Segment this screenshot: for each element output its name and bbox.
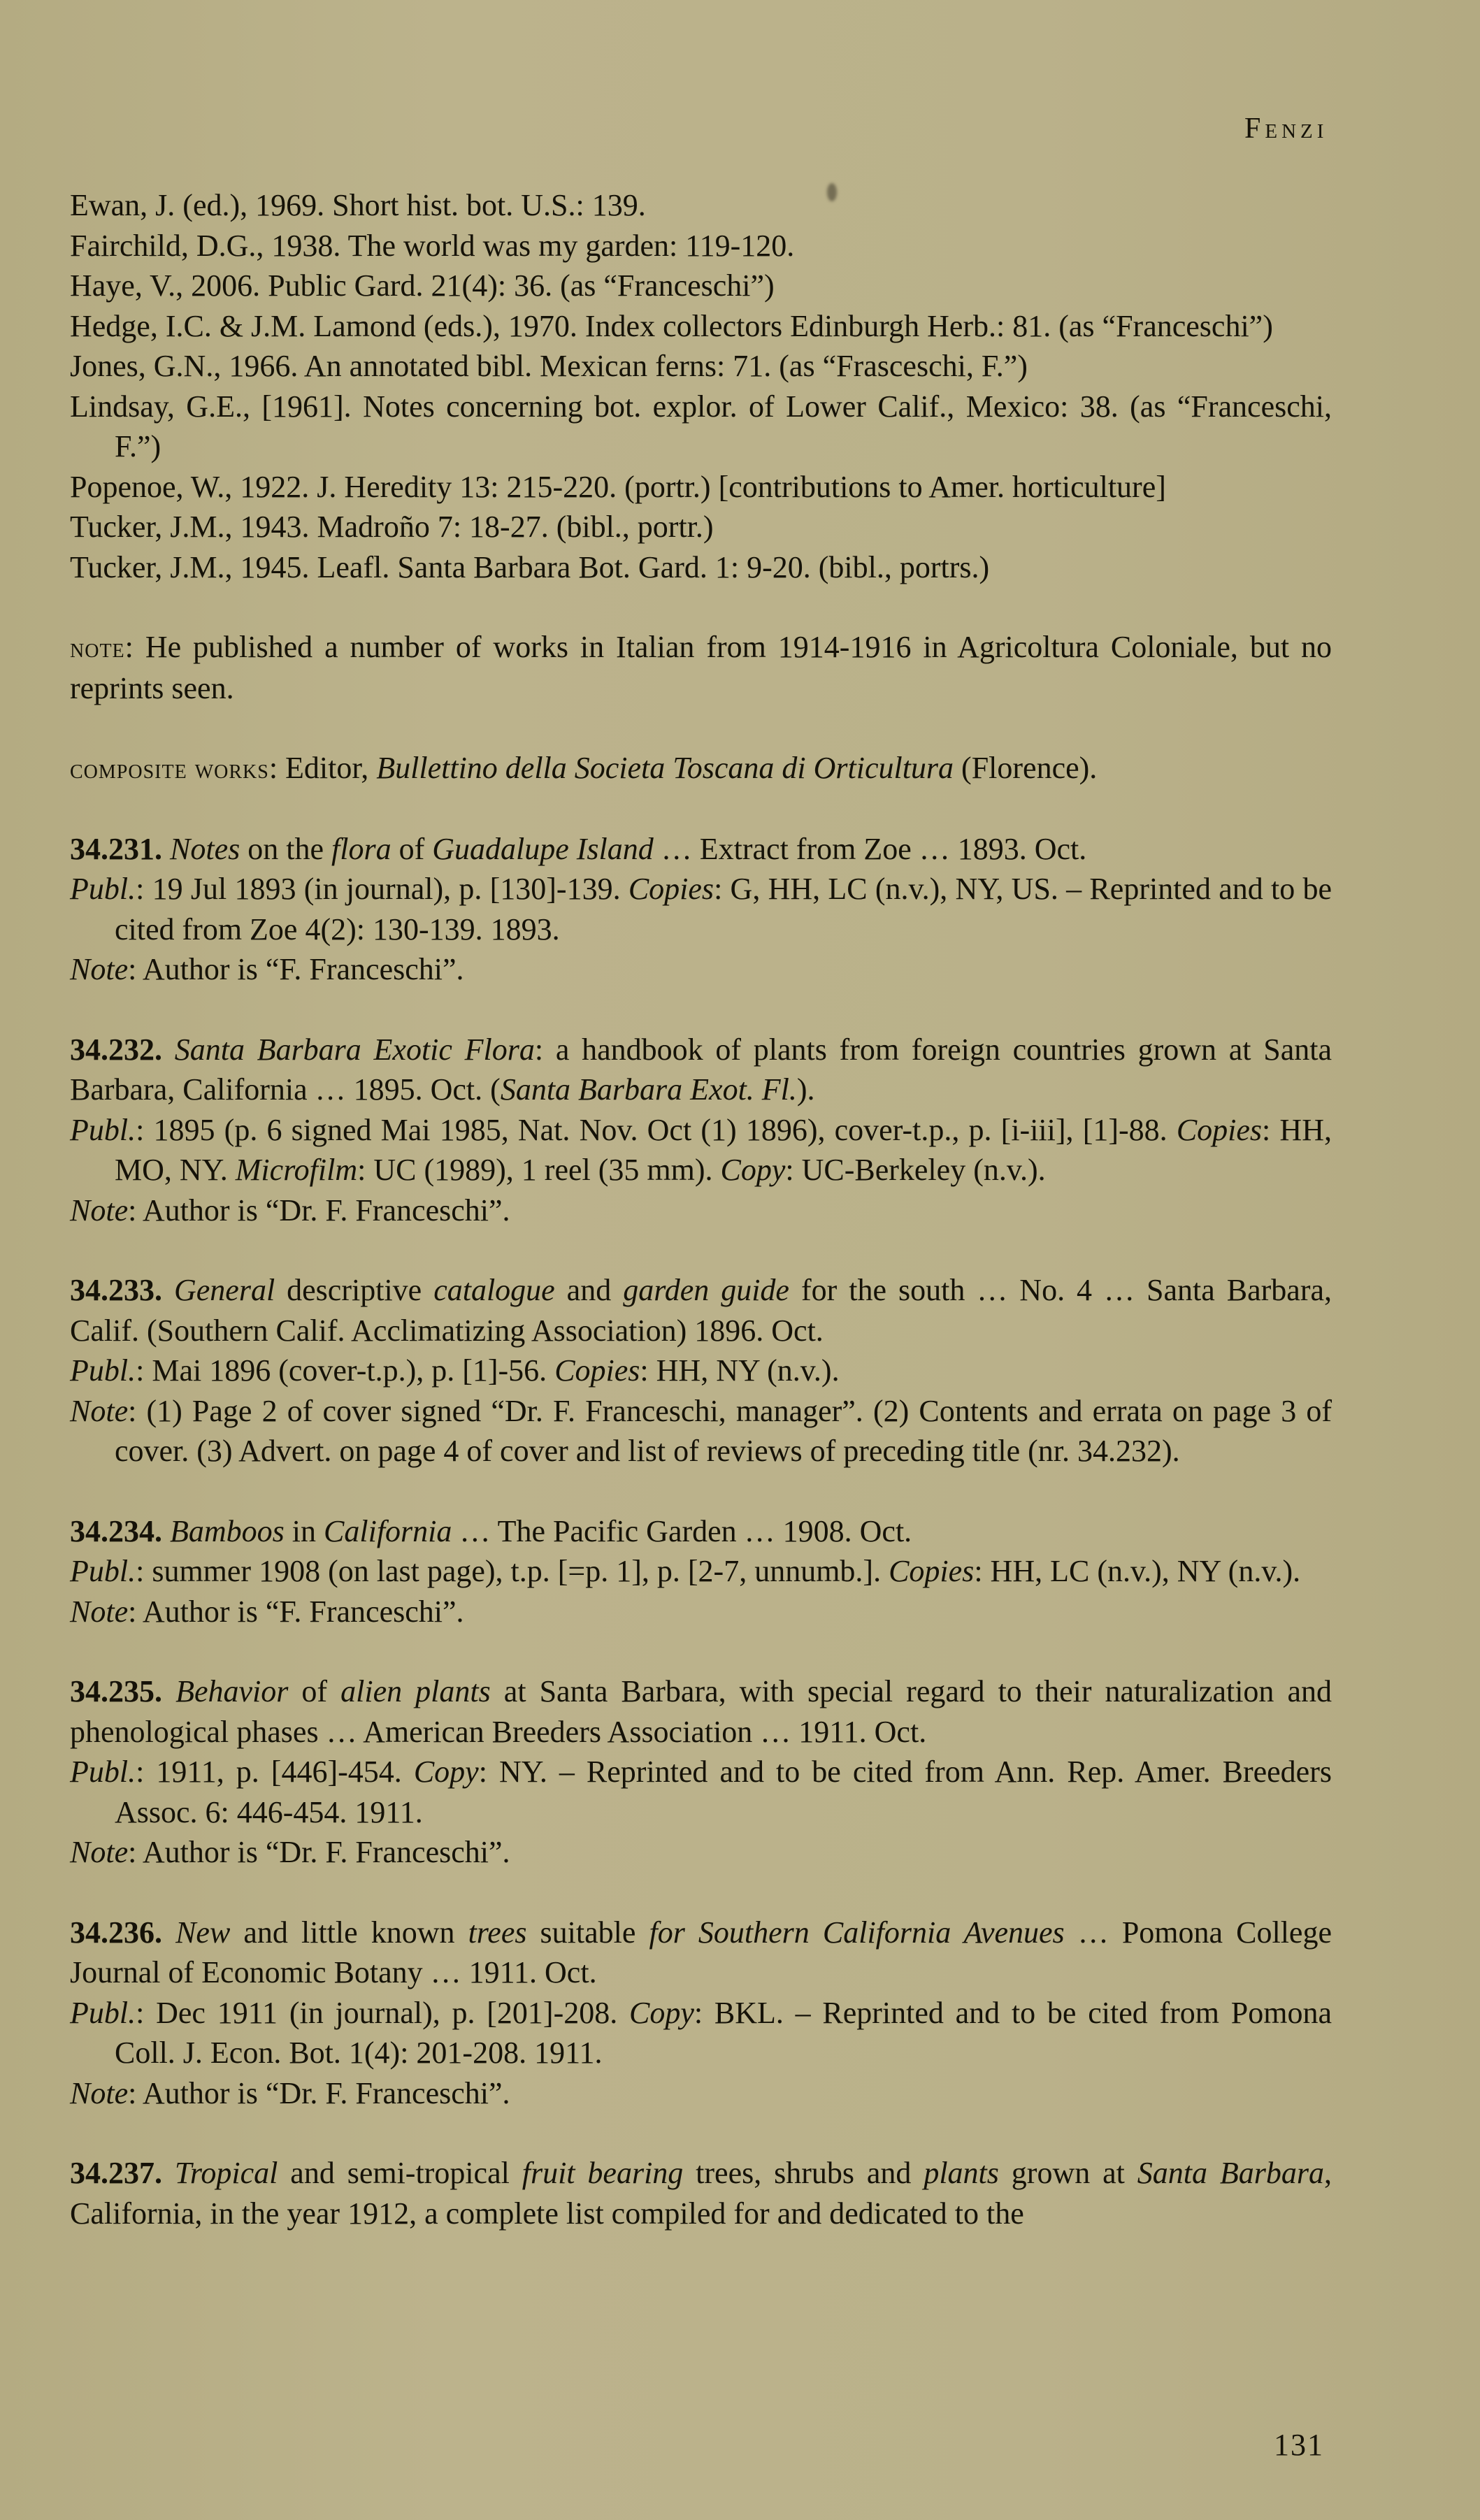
- entry-number: 34.236.: [70, 1915, 162, 1950]
- entry-title: 34.237. Tropical and semi-tropical fruit…: [70, 2153, 1332, 2233]
- entry-title-part: Notes: [170, 832, 240, 866]
- note-label: Note: [70, 1394, 128, 1428]
- entry-number: 34.234.: [70, 1514, 162, 1548]
- page-number: 131: [1274, 2427, 1324, 2463]
- publ-label: Publ.: [70, 1353, 136, 1388]
- composite-works-suffix: (Florence).: [954, 751, 1097, 785]
- entry-title-part: and semi-tropical: [278, 2156, 522, 2190]
- entry-publication: Publ.: Dec 1911 (in journal), p. [201]-2…: [70, 1993, 1332, 2073]
- entry-title: 34.236. New and little known trees suita…: [70, 1913, 1332, 1993]
- entry-title-part: descriptive: [275, 1273, 433, 1307]
- note-paragraph: note: He published a number of works in …: [70, 627, 1332, 708]
- entry-title-part: grown at: [999, 2156, 1137, 2190]
- entry: 34.237. Tropical and semi-tropical fruit…: [70, 2153, 1332, 2233]
- entry-publication: Publ.: 1895 (p. 6 signed Mai 1985, Nat. …: [70, 1110, 1332, 1190]
- document-page: Fenzi Ewan, J. (ed.), 1969. Short hist. …: [0, 0, 1480, 2520]
- entry-note: Note: Author is “Dr. F. Franceschi”.: [70, 1190, 1332, 1231]
- composite-works-title: Bullettino della Societa Toscana di Orti…: [376, 751, 954, 785]
- entry-publication: Publ.: 19 Jul 1893 (in journal), p. [130…: [70, 869, 1332, 949]
- entry-title-part: garden guide: [623, 1273, 789, 1307]
- entry: 34.234. Bamboos in California … The Paci…: [70, 1511, 1332, 1632]
- entry-note: Note: Author is “F. Franceschi”.: [70, 949, 1332, 990]
- entry-title-part: catalogue: [433, 1273, 555, 1307]
- page-content: Ewan, J. (ed.), 1969. Short hist. bot. U…: [70, 185, 1332, 2233]
- composite-works-paragraph: composite works: Editor, Bullettino dell…: [70, 748, 1332, 789]
- reference-item: Fairchild, D.G., 1938. The world was my …: [70, 226, 1332, 266]
- entry-number: 34.233.: [70, 1273, 162, 1307]
- reference-list: Ewan, J. (ed.), 1969. Short hist. bot. U…: [70, 185, 1332, 587]
- entry-title-part: for Southern California Avenues: [649, 1915, 1065, 1950]
- extra-label: Copy: [720, 1153, 785, 1187]
- note-label: Note: [70, 2076, 128, 2110]
- publ-label: Publ.: [70, 1996, 136, 2030]
- entry-note: Note: Author is “F. Franceschi”.: [70, 1592, 1332, 1632]
- entry-note: Note: Author is “Dr. F. Franceschi”.: [70, 2073, 1332, 2114]
- reference-item: Haye, V., 2006. Public Gard. 21(4): 36. …: [70, 266, 1332, 306]
- entry-title: 34.231. Notes on the flora of Guadalupe …: [70, 829, 1332, 870]
- reference-item: Lindsay, G.E., [1961]. Notes concerning …: [70, 387, 1332, 467]
- entry-title-part: Santa Barbara: [1137, 2156, 1324, 2190]
- running-head: Fenzi: [1244, 112, 1328, 145]
- entry-title-part: Santa Barbara Exotic Flora: [175, 1032, 535, 1067]
- entry-title-part: … Extract from Zoe … 1893. Oct.: [654, 832, 1087, 866]
- publ-label: Publ.: [70, 1113, 136, 1147]
- entry-title-part: suitable: [526, 1915, 649, 1950]
- entry-title-part: of: [288, 1674, 340, 1708]
- reference-item: Tucker, J.M., 1943. Madroño 7: 18-27. (b…: [70, 507, 1332, 547]
- entries-list: 34.231. Notes on the flora of Guadalupe …: [70, 829, 1332, 2234]
- extra-label: Microfilm: [236, 1153, 357, 1187]
- entry-title-part: Behavior: [175, 1674, 288, 1708]
- copies-label: Copy: [629, 1996, 694, 2030]
- entry-title: 34.235. Behavior of alien plants at Sant…: [70, 1671, 1332, 1752]
- entry-title-part: … The Pacific Garden … 1908. Oct.: [452, 1514, 912, 1548]
- entry-title-part: fruit bearing: [522, 2156, 684, 2190]
- copies-label: Copies: [1177, 1113, 1262, 1147]
- entry-number: 34.235.: [70, 1674, 162, 1708]
- publ-label: Publ.: [70, 1554, 136, 1588]
- entry-title: 34.234. Bamboos in California … The Paci…: [70, 1511, 1332, 1552]
- entry-title-part: trees: [468, 1915, 527, 1950]
- entry: 34.235. Behavior of alien plants at Sant…: [70, 1671, 1332, 1873]
- entry-title-part: General: [174, 1273, 275, 1307]
- entry-title-part: ).: [797, 1072, 815, 1107]
- entry-title-part: in: [285, 1514, 324, 1548]
- entry-publication: Publ.: 1911, p. [446]-454. Copy: NY. – R…: [70, 1752, 1332, 1832]
- entry-title-part: California: [324, 1514, 452, 1548]
- note-label: note: [70, 632, 125, 663]
- reference-item: Ewan, J. (ed.), 1969. Short hist. bot. U…: [70, 185, 1332, 226]
- entry: 34.231. Notes on the flora of Guadalupe …: [70, 829, 1332, 990]
- entry-title-part: New: [175, 1915, 230, 1950]
- entry-title: 34.232. Santa Barbara Exotic Flora: a ha…: [70, 1030, 1332, 1110]
- entry: 34.233. General descriptive catalogue an…: [70, 1270, 1332, 1471]
- entry-title-part: Tropical: [175, 2156, 278, 2190]
- entry-number: 34.232.: [70, 1032, 162, 1067]
- entry-title-part: Bamboos: [170, 1514, 285, 1548]
- publ-label: Publ.: [70, 1755, 136, 1789]
- publ-label: Publ.: [70, 872, 136, 906]
- entry-publication: Publ.: Mai 1896 (cover-t.p.), p. [1]-56.…: [70, 1351, 1332, 1391]
- entry-title-part: trees, shrubs and: [683, 2156, 924, 2190]
- entry-title-part: and little known: [230, 1915, 468, 1950]
- entry-number: 34.237.: [70, 2156, 162, 2190]
- entry-title-part: and: [555, 1273, 624, 1307]
- note-label: Note: [70, 1193, 128, 1227]
- entry-title: 34.233. General descriptive catalogue an…: [70, 1270, 1332, 1351]
- note-text: He published a number of works in Italia…: [70, 630, 1332, 705]
- note-label: Note: [70, 1835, 128, 1869]
- entry-title-part: alien plants: [340, 1674, 491, 1708]
- composite-works-label: composite works: [70, 753, 269, 784]
- entry-note: Note: Author is “Dr. F. Franceschi”.: [70, 1832, 1332, 1873]
- reference-item: Jones, G.N., 1966. An annotated bibl. Me…: [70, 346, 1332, 387]
- copies-label: Copies: [889, 1554, 974, 1588]
- entry-title-part: plants: [924, 2156, 999, 2190]
- entry-title-part: Guadalupe Island: [432, 832, 654, 866]
- copies-label: Copy: [414, 1755, 479, 1789]
- entry-title-part: on the: [240, 832, 331, 866]
- entry-publication: Publ.: summer 1908 (on last page), t.p. …: [70, 1551, 1332, 1592]
- composite-works-prefix: Editor,: [285, 751, 376, 785]
- reference-item: Hedge, I.C. & J.M. Lamond (eds.), 1970. …: [70, 306, 1332, 347]
- copies-label: Copies: [628, 872, 714, 906]
- entry: 34.232. Santa Barbara Exotic Flora: a ha…: [70, 1030, 1332, 1231]
- copies-label: Copies: [554, 1353, 640, 1388]
- reference-item: Popenoe, W., 1922. J. Heredity 13: 215-2…: [70, 467, 1332, 507]
- reference-item: Tucker, J.M., 1945. Leafl. Santa Barbara…: [70, 547, 1332, 588]
- entry-title-part: of: [391, 832, 433, 866]
- note-label: Note: [70, 1594, 128, 1629]
- entry-title-part: Santa Barbara Exot. Fl.: [501, 1072, 797, 1107]
- note-label: Note: [70, 952, 128, 986]
- entry-note: Note: (1) Page 2 of cover signed “Dr. F.…: [70, 1391, 1332, 1471]
- entry-number: 34.231.: [70, 832, 162, 866]
- entry: 34.236. New and little known trees suita…: [70, 1913, 1332, 2114]
- entry-title-part: flora: [331, 832, 391, 866]
